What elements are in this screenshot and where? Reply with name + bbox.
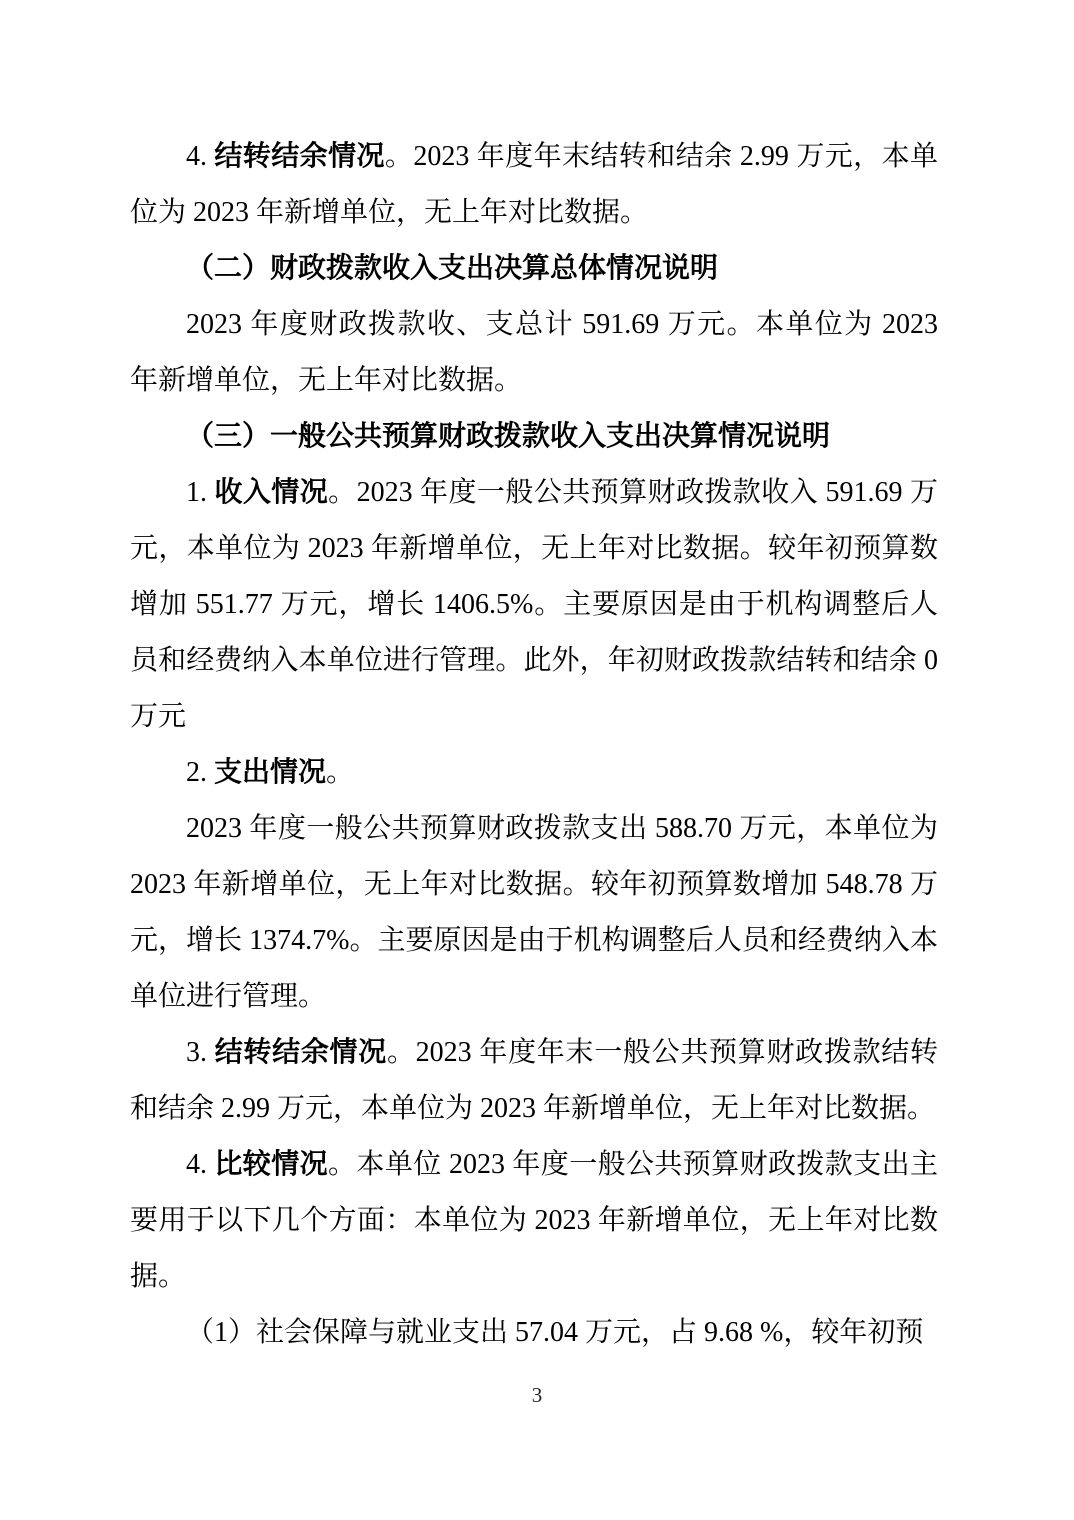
text-run: 。2023 年度一般公共预算财政拨款收入 591.69 万元，本单位为 2023… bbox=[130, 477, 938, 732]
list-number: 3. bbox=[186, 1037, 215, 1068]
list-number: 2. bbox=[186, 757, 214, 788]
text-run: 2023 年度一般公共预算财政拨款支出 588.70 万元，本单位为 2023 … bbox=[130, 813, 938, 1012]
section-heading-2: （二）财政拨款收入支出决算总体情况说明 bbox=[130, 241, 938, 297]
paragraph-carryover-summary: 4. 结转结余情况。2023 年度年末结转和结余 2.99 万元，本单位为 20… bbox=[130, 129, 938, 241]
document-page: 4. 结转结余情况。2023 年度年末结转和结余 2.99 万元，本单位为 20… bbox=[0, 0, 1074, 1520]
bold-run: 支出情况 bbox=[214, 757, 326, 788]
text-run: 。 bbox=[326, 757, 354, 788]
text-run: （1）社会保障与就业支出 57.04 万元，占 9.68 %，较年初预 bbox=[186, 1317, 923, 1348]
bold-run: 比较情况 bbox=[214, 1149, 328, 1180]
heading-text: （二）财政拨款收入支出决算总体情况说明 bbox=[186, 253, 718, 284]
bold-run: 结转结余情况 bbox=[214, 141, 385, 172]
list-number: 4. bbox=[186, 1149, 214, 1180]
list-number: 4. bbox=[186, 141, 214, 172]
bold-run: 收入情况 bbox=[214, 477, 328, 508]
paragraph-expense-heading: 2. 支出情况。 bbox=[130, 745, 938, 801]
paragraph-expense-situation: 2023 年度一般公共预算财政拨款支出 588.70 万元，本单位为 2023 … bbox=[130, 801, 938, 1025]
bold-run: 结转结余情况 bbox=[215, 1037, 387, 1068]
list-number: 1. bbox=[186, 477, 214, 508]
paragraph-social-security-expense: （1）社会保障与就业支出 57.04 万元，占 9.68 %，较年初预 bbox=[130, 1305, 938, 1361]
page-number: 3 bbox=[0, 1384, 1074, 1406]
heading-text: （三）一般公共预算财政拨款收入支出决算情况说明 bbox=[186, 421, 830, 452]
paragraph-comparison: 4. 比较情况。本单位 2023 年度一般公共预算财政拨款支出主要用于以下几个方… bbox=[130, 1137, 938, 1305]
paragraph-income-situation: 1. 收入情况。2023 年度一般公共预算财政拨款收入 591.69 万元，本单… bbox=[130, 465, 938, 745]
document-body: 4. 结转结余情况。2023 年度年末结转和结余 2.99 万元，本单位为 20… bbox=[130, 129, 938, 1361]
paragraph-carryover-budget: 3. 结转结余情况。2023 年度年末一般公共预算财政拨款结转和结余 2.99 … bbox=[130, 1025, 938, 1137]
paragraph-total-appropriation: 2023 年度财政拨款收、支总计 591.69 万元。本单位为 2023 年新增… bbox=[130, 297, 938, 409]
section-heading-3: （三）一般公共预算财政拨款收入支出决算情况说明 bbox=[130, 409, 938, 465]
text-run: 2023 年度财政拨款收、支总计 591.69 万元。本单位为 2023 年新增… bbox=[130, 309, 938, 396]
